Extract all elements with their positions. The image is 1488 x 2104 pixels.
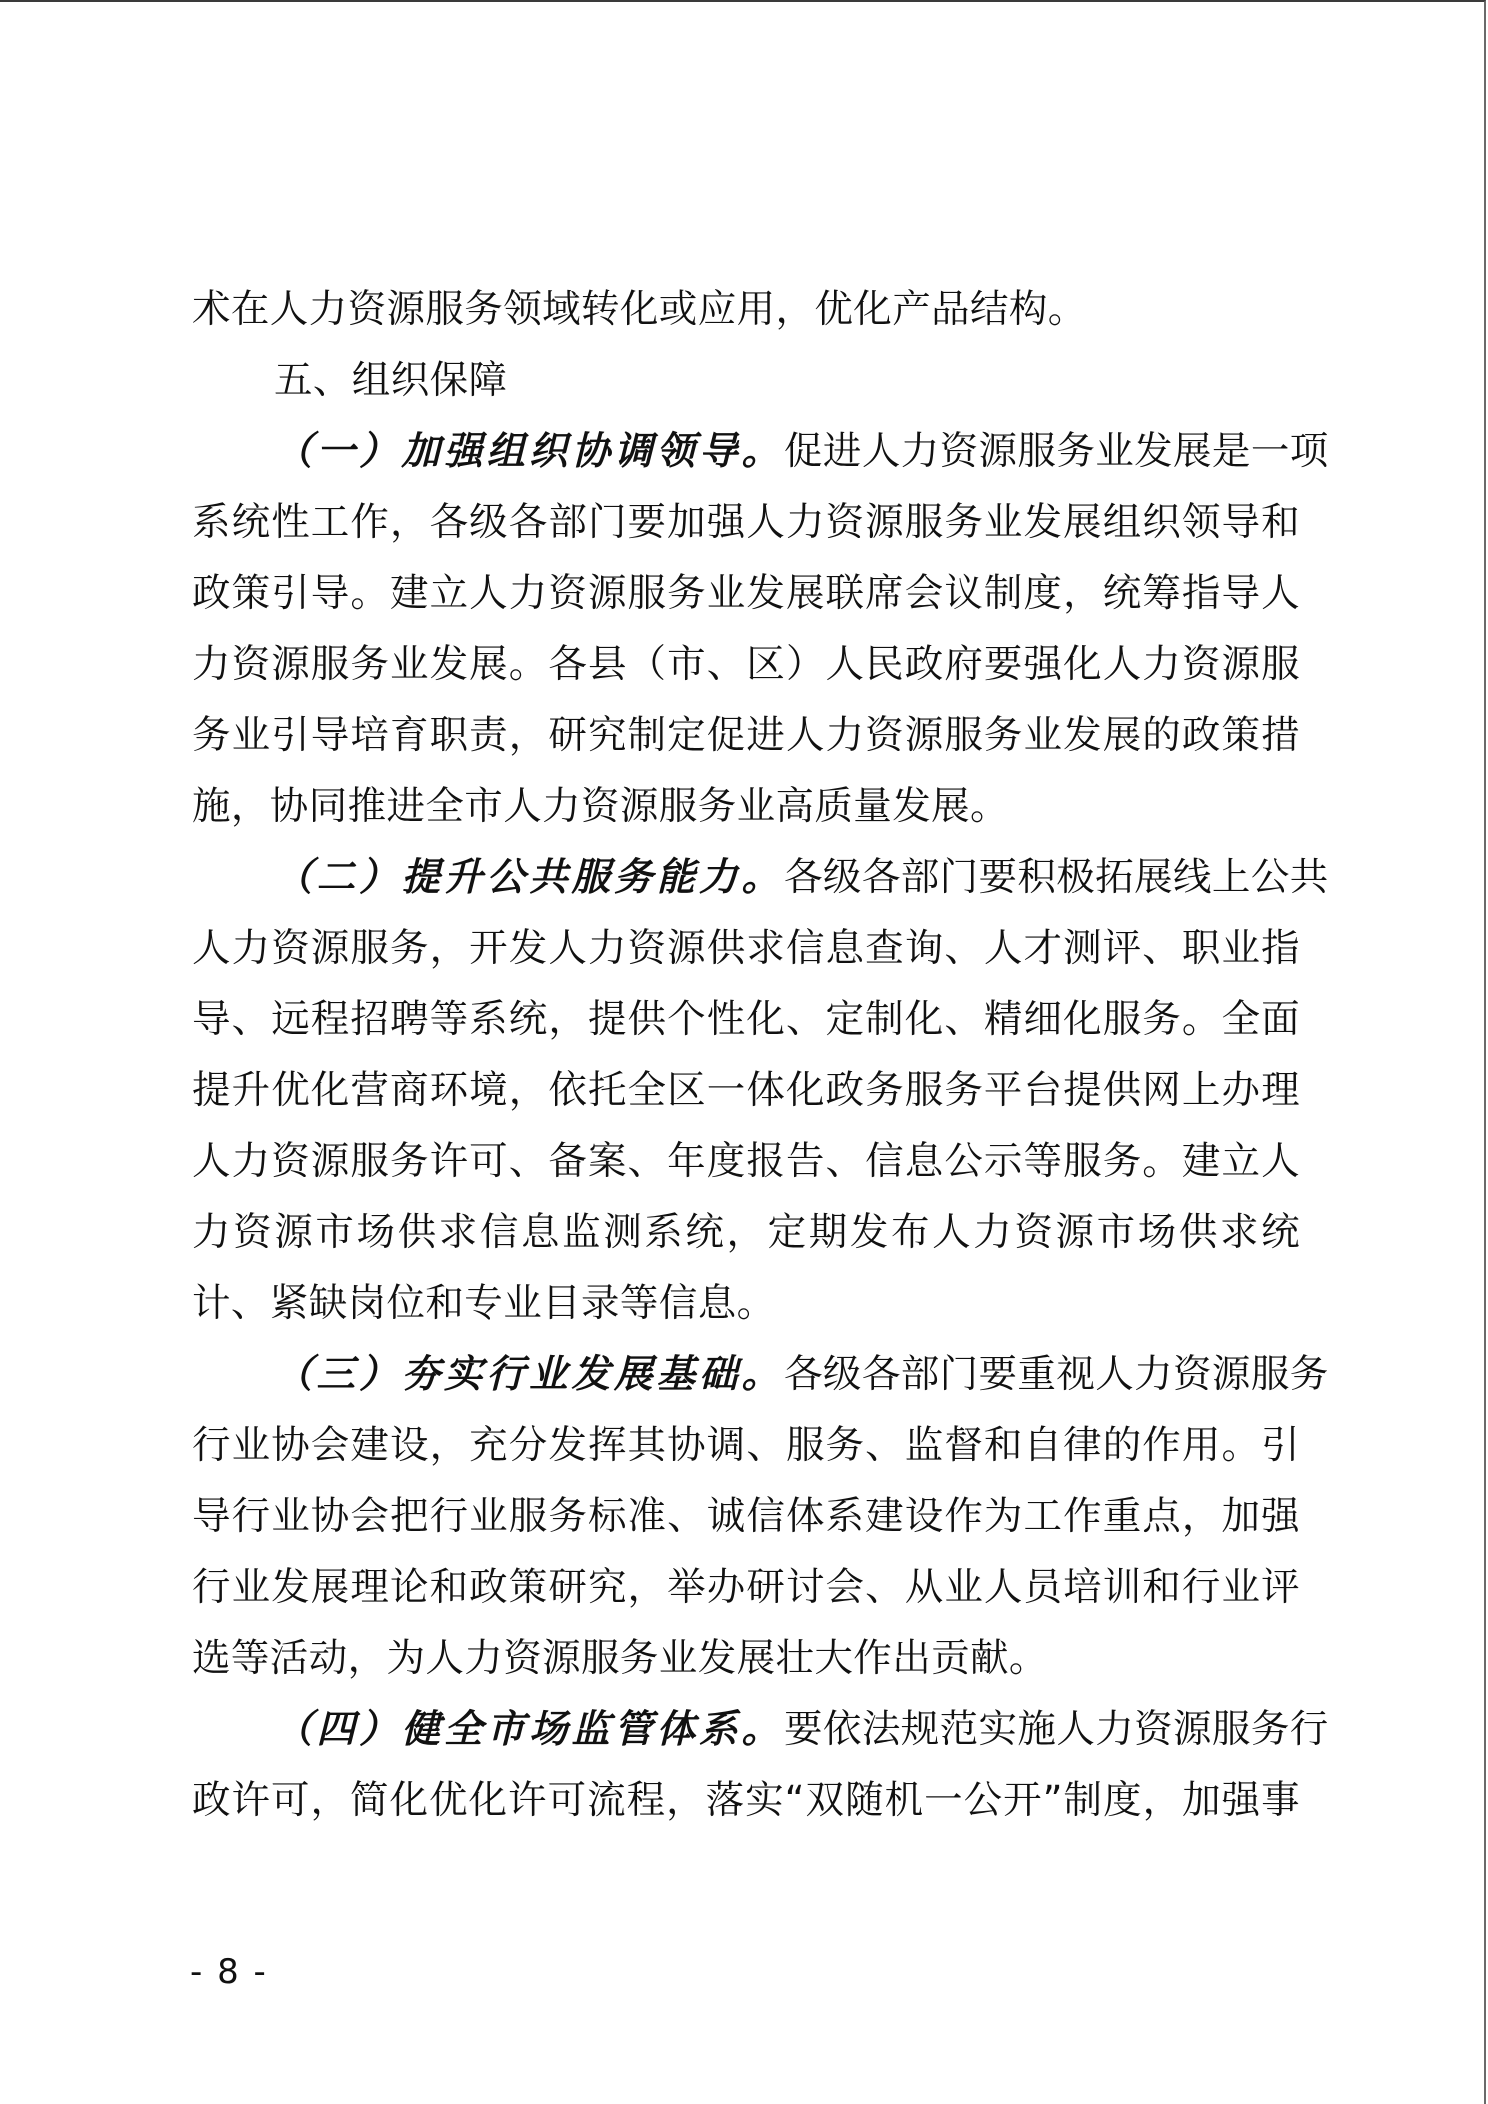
- paragraph-line: 行业协会建设，充分发挥其协调、服务、监督和自律的作用。引: [192, 1410, 1300, 1481]
- paragraph-line: 政许可，简化优化许可流程，落实“双随机一公开”制度，加强事: [192, 1765, 1300, 1836]
- paragraph-3-heading: （三）夯实行业发展基础。: [274, 1352, 784, 1397]
- paragraph-4-heading: （四）健全市场监管体系。: [274, 1707, 784, 1752]
- paragraph-line: 力资源市场供求信息监测系统，定期发布人力资源市场供求统: [192, 1197, 1300, 1268]
- paragraph-line: 导行业协会把行业服务标准、诚信体系建设作为工作重点，加强: [192, 1481, 1300, 1552]
- paragraph-1-line-1: （一）加强组织协调领导。促进人力资源服务业发展是一项: [192, 416, 1300, 487]
- paragraph-text: 要依法规范实施人力资源服务行: [784, 1707, 1329, 1752]
- body-line: 术在人力资源服务领域转化或应用，优化产品结构。: [192, 274, 1300, 345]
- paragraph-1-heading: （一）加强组织协调领导。: [274, 429, 784, 474]
- document-body: 术在人力资源服务领域转化或应用，优化产品结构。 五、组织保障 （一）加强组织协调…: [192, 274, 1300, 1836]
- paragraph-line: 政策引导。建立人力资源服务业发展联席会议制度，统筹指导人: [192, 558, 1300, 629]
- paragraph-2-heading: （二）提升公共服务能力。: [274, 855, 784, 900]
- paragraph-4-line-1: （四）健全市场监管体系。要依法规范实施人力资源服务行: [192, 1694, 1300, 1765]
- paragraph-2-line-1: （二）提升公共服务能力。各级各部门要积极拓展线上公共: [192, 842, 1300, 913]
- paragraph-line: 导、远程招聘等系统，提供个性化、定制化、精细化服务。全面: [192, 984, 1300, 1055]
- paragraph-line: 选等活动，为人力资源服务业发展壮大作出贡献。: [192, 1623, 1300, 1694]
- paragraph-text: 促进人力资源服务业发展是一项: [784, 429, 1329, 474]
- paragraph-line: 系统性工作，各级各部门要加强人力资源服务业发展组织领导和: [192, 487, 1300, 558]
- paragraph-line: 务业引导培育职责，研究制定促进人力资源服务业发展的政策措: [192, 700, 1300, 771]
- page-number: - 8 -: [190, 1952, 268, 1992]
- paragraph-text: 各级各部门要积极拓展线上公共: [784, 855, 1329, 900]
- paragraph-line: 力资源服务业发展。各县（市、区）人民政府要强化人力资源服: [192, 629, 1300, 700]
- document-page: 术在人力资源服务领域转化或应用，优化产品结构。 五、组织保障 （一）加强组织协调…: [0, 0, 1486, 2104]
- paragraph-line: 施，协同推进全市人力资源服务业高质量发展。: [192, 771, 1300, 842]
- paragraph-3-line-1: （三）夯实行业发展基础。各级各部门要重视人力资源服务: [192, 1339, 1300, 1410]
- paragraph-line: 人力资源服务许可、备案、年度报告、信息公示等服务。建立人: [192, 1126, 1300, 1197]
- paragraph-line: 人力资源服务，开发人力资源供求信息查询、人才测评、职业指: [192, 913, 1300, 984]
- paragraph-text: 各级各部门要重视人力资源服务: [784, 1352, 1329, 1397]
- paragraph-line: 行业发展理论和政策研究，举办研讨会、从业人员培训和行业评: [192, 1552, 1300, 1623]
- paragraph-line: 计、紧缺岗位和专业目录等信息。: [192, 1268, 1300, 1339]
- paragraph-line: 提升优化营商环境，依托全区一体化政务服务平台提供网上办理: [192, 1055, 1300, 1126]
- section-title: 五、组织保障: [192, 345, 1300, 416]
